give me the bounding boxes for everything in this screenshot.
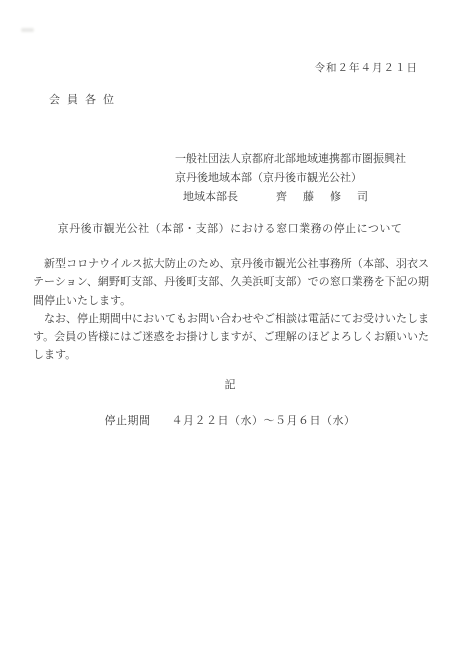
sender-branch: 京丹後地域本部（京丹後市観光公社） (175, 169, 406, 188)
document-subject: 京丹後市観光公社（本部・支部）における窓口業務の停止について (0, 220, 460, 236)
body-paragraph-1: 新型コロナウイルス拡大防止のため、京丹後市観光公社事務所（本部、羽衣ステーション… (33, 255, 429, 310)
suspension-period-line: 停止期間４月２２日（水）～５月６日（水） (0, 412, 460, 428)
sender-block: 一般社団法人京都府北部地域連携都市圏振興社 京丹後地域本部（京丹後市観光公社） … (175, 150, 406, 207)
suspension-period-value: ４月２２日（水）～５月６日（水） (172, 412, 356, 428)
record-marker: 記 (0, 376, 460, 392)
scan-artifact (21, 28, 34, 32)
sender-organization: 一般社団法人京都府北部地域連携都市圏振興社 (175, 150, 406, 169)
addressee: 会員各位 (49, 91, 121, 107)
suspension-period-label: 停止期間 (105, 415, 151, 427)
document-page: 令和２年４月２１日 会員各位 一般社団法人京都府北部地域連携都市圏振興社 京丹後… (0, 0, 460, 650)
body-paragraph-2: なお、停止期間中においてもお問い合わせやご相談は電話にてお受けいたします。会員の… (33, 310, 429, 365)
document-date: 令和２年４月２１日 (315, 60, 419, 75)
document-body: 新型コロナウイルス拡大防止のため、京丹後市観光公社事務所（本部、羽衣ステーション… (33, 255, 429, 365)
sender-name: 齊 藤 修 司 (276, 188, 371, 207)
sender-role: 地域本部長 (183, 191, 238, 203)
sender-role-line: 地域本部長齊 藤 修 司 (175, 188, 406, 207)
